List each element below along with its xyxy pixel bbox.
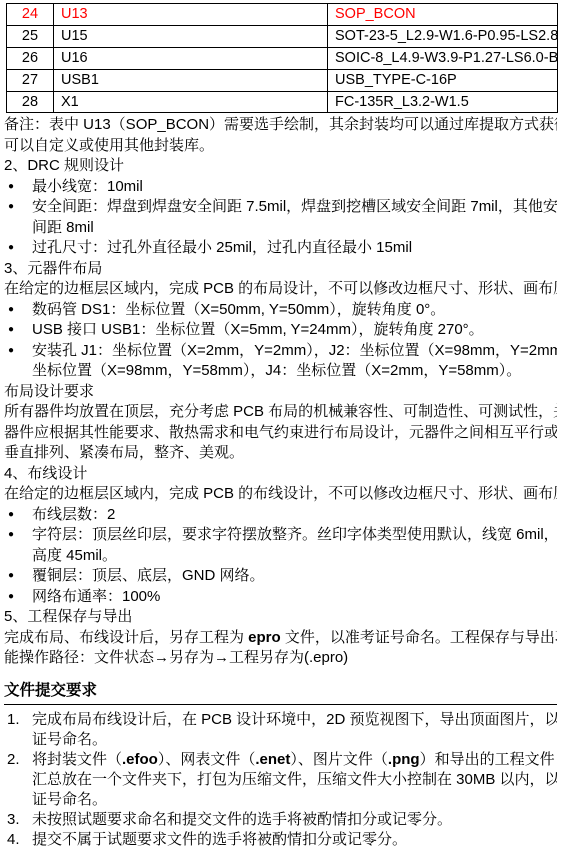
bullet-text: 网络布通率：100% [32, 588, 160, 605]
layout-requirements-line-3: 垂直排列、紧凑布局，整齐、美观。 [4, 443, 557, 464]
drc-bullet-clearance-line-1: ● 安全间距：焊盘到焊盘安全间距 7.5mil，焊盘到挖槽区域安全间距 7mil… [4, 197, 557, 218]
submit-item-2-line-2: 汇总放在一个文件夹下，打包为压缩文件，压缩文件大小控制在 30MB 以内，以准考 [4, 770, 557, 790]
cell-designator: X1 [54, 91, 328, 113]
submit-item-1-line-2: 证号命名。 [4, 730, 557, 750]
submit-item-1-line-1: 1. 完成布局布线设计后，在 PCB 设计环境中，2D 预览视图下，导出顶面图片… [4, 710, 557, 730]
bullet-icon: ● [8, 177, 14, 198]
bullet-icon: ● [8, 197, 14, 218]
layout-requirements-line-1: 所有器件均放置在顶层，充分考虑 PCB 布局的机械兼容性、可制造性、可测试性，关… [4, 402, 557, 423]
bullet-icon: ● [8, 566, 14, 587]
routing-bullet-silkscreen-line-2: 高度 45mil。 [4, 546, 557, 567]
layout-intro: 在给定的边框层区域内，完成 PCB 的布局设计，不可以修改边框尺寸、形状、画布原… [4, 279, 557, 300]
bullet-icon: ● [8, 320, 14, 341]
bullet-icon: ● [8, 300, 14, 321]
list-number: 4. [7, 830, 20, 850]
document-body: 备注：表中 U13（SOP_BCON）需要选手绘制，其余封装均可以通过库提取方式… [4, 115, 557, 850]
drc-bullet-via-size: ● 过孔尺寸：过孔外直径最小 25mil，过孔内直径最小 15mil [4, 238, 557, 259]
save-text: 文件，以准考证号命名。工程保存与导出功 [281, 629, 557, 646]
drc-section-title: 2、DRC 规则设计 [4, 156, 557, 177]
bullet-text: 字符层：顶层丝印层，要求字符摆放整齐。丝印字体类型使用默认，线宽 6mil， [32, 526, 557, 543]
bullet-icon: ● [8, 238, 14, 259]
routing-bullet-copper-pour: ● 覆铜层：顶层、底层，GND 网络。 [4, 566, 557, 587]
save-text: 完成布局、布线设计后，另存工程为 [4, 629, 248, 646]
list-item-text: ）和导出的工程文件（ [420, 751, 557, 768]
routing-section-title: 4、布线设计 [4, 464, 557, 485]
note-line-1: 备注：表中 U13（SOP_BCON）需要选手绘制，其余封装均可以通过库提取方式… [4, 115, 557, 136]
efoo-emphasis: .efoo [122, 751, 158, 768]
submit-item-4: 4. 提交不属于试题要求文件的选手将被酌情扣分或记零分。 [4, 830, 557, 850]
list-item-text: ）、图片文件（ [290, 751, 388, 768]
bullet-icon: ● [8, 505, 14, 526]
cell-index: 24 [7, 4, 54, 26]
drc-bullet-min-linewidth: ● 最小线宽：10mil [4, 177, 557, 198]
layout-requirements-line-2: 器件应根据其性能要求、散热需求和电气约束进行布局设计，元器件之间相互平行或者 [4, 423, 557, 444]
layout-requirements-title: 布局设计要求 [4, 382, 557, 403]
enet-emphasis: .enet [255, 751, 290, 768]
epro-emphasis: epro [248, 629, 281, 646]
bullet-icon: ● [8, 587, 14, 608]
list-number: 2. [7, 750, 20, 770]
save-line-2: 能操作路径：文件状态→另存为→工程另存为(.epro) [4, 648, 557, 669]
submit-item-2-line-1: 2. 将封装文件（.efoo）、网表文件（.enet）、图片文件（.png）和导… [4, 750, 557, 770]
table-row: 24 U13 SOP_BCON [7, 4, 558, 26]
cell-footprint: SOP_BCON [328, 4, 558, 26]
list-number: 3. [7, 810, 20, 830]
cell-footprint: FC-135R_L3.2-W1.5 [328, 91, 558, 113]
cell-index: 25 [7, 25, 54, 47]
layout-section-title: 3、元器件布局 [4, 259, 557, 280]
submit-item-3: 3. 未按照试题要求命名和提交文件的选手将被酌情扣分或记零分。 [4, 810, 557, 830]
list-item-text: 未按照试题要求命名和提交文件的选手将被酌情扣分或记零分。 [32, 811, 452, 828]
table-row: 26 U16 SOIC-8_L4.9-W3.9-P1.27-LS6.0-BL [7, 47, 558, 69]
cell-footprint: SOT-23-5_L2.9-W1.6-P0.95-LS2.8-BL [328, 25, 558, 47]
bullet-text: 覆铜层：顶层、底层，GND 网络。 [32, 567, 265, 584]
bullet-text: 最小线宽：10mil [32, 178, 143, 195]
table-row: 25 U15 SOT-23-5_L2.9-W1.6-P0.95-LS2.8-BL [7, 25, 558, 47]
table-row: 27 USB1 USB_TYPE-C-16P [7, 69, 558, 91]
list-item-text: 完成布局布线设计后，在 PCB 设计环境中，2D 预览视图下，导出顶面图片，以准… [32, 711, 557, 728]
list-item-text: 提交不属于试题要求文件的选手将被酌情扣分或记零分。 [32, 831, 407, 848]
cell-designator: USB1 [54, 69, 328, 91]
save-line-1: 完成布局、布线设计后，另存工程为 epro 文件，以准考证号命名。工程保存与导出… [4, 628, 557, 649]
cell-index: 28 [7, 91, 54, 113]
png-emphasis: .png [388, 751, 420, 768]
cell-designator: U15 [54, 25, 328, 47]
bullet-text: USB 接口 USB1：坐标位置（X=5mm, Y=24mm），旋转角度 270… [32, 321, 484, 338]
cell-footprint: SOIC-8_L4.9-W3.9-P1.27-LS6.0-BL [328, 47, 558, 69]
cell-index: 26 [7, 47, 54, 69]
bullet-icon: ● [8, 341, 14, 362]
routing-intro: 在给定的边框层区域内，完成 PCB 的布线设计，不可以修改边框尺寸、形状、画布原… [4, 484, 557, 505]
cell-designator: U16 [54, 47, 328, 69]
document-page: 24 U13 SOP_BCON 25 U15 SOT-23-5_L2.9-W1.… [0, 0, 564, 850]
cell-index: 27 [7, 69, 54, 91]
footprint-table: 24 U13 SOP_BCON 25 U15 SOT-23-5_L2.9-W1.… [6, 3, 558, 113]
save-section-title: 5、工程保存与导出 [4, 607, 557, 628]
submit-requirements-heading: 文件提交要求 [4, 681, 557, 705]
layout-bullet-mounting-holes-line-1: ● 安装孔 J1：坐标位置（X=2mm，Y=2mm），J2：坐标位置（X=98m… [4, 341, 557, 362]
bullet-text: 布线层数：2 [32, 506, 115, 523]
bullet-text: 过孔尺寸：过孔外直径最小 25mil，过孔内直径最小 15mil [32, 239, 412, 256]
bullet-icon: ● [8, 525, 14, 546]
routing-bullet-layers: ● 布线层数：2 [4, 505, 557, 526]
note-line-2: 可以自定义或使用其他封装库。 [4, 136, 557, 157]
routing-bullet-completion-rate: ● 网络布通率：100% [4, 587, 557, 608]
list-item-text: 将封装文件（ [32, 751, 122, 768]
routing-bullet-silkscreen-line-1: ● 字符层：顶层丝印层，要求字符摆放整齐。丝印字体类型使用默认，线宽 6mil， [4, 525, 557, 546]
layout-bullet-mounting-holes-line-2: 坐标位置（X=98mm，Y=58mm），J4：坐标位置（X=2mm，Y=58mm… [4, 361, 557, 382]
cell-footprint: USB_TYPE-C-16P [328, 69, 558, 91]
cell-designator: U13 [54, 4, 328, 26]
list-item-text: ）、网表文件（ [158, 751, 256, 768]
submit-requirements-list: 1. 完成布局布线设计后，在 PCB 设计环境中，2D 预览视图下，导出顶面图片… [4, 710, 557, 850]
bullet-text: 数码管 DS1：坐标位置（X=50mm, Y=50mm），旋转角度 0°。 [32, 301, 445, 318]
table-row: 28 X1 FC-135R_L3.2-W1.5 [7, 91, 558, 113]
list-number: 1. [7, 710, 20, 730]
layout-bullet-ds1: ● 数码管 DS1：坐标位置（X=50mm, Y=50mm），旋转角度 0°。 [4, 300, 557, 321]
drc-bullet-clearance-line-2: 间距 8mil [4, 218, 557, 239]
bullet-text: 安装孔 J1：坐标位置（X=2mm，Y=2mm），J2：坐标位置（X=98mm，… [32, 342, 557, 359]
submit-item-2-line-3: 证号命名。 [4, 790, 557, 810]
bullet-text: 安全间距：焊盘到焊盘安全间距 7.5mil，焊盘到挖槽区域安全间距 7mil，其… [32, 198, 557, 215]
layout-bullet-usb1: ● USB 接口 USB1：坐标位置（X=5mm, Y=24mm），旋转角度 2… [4, 320, 557, 341]
